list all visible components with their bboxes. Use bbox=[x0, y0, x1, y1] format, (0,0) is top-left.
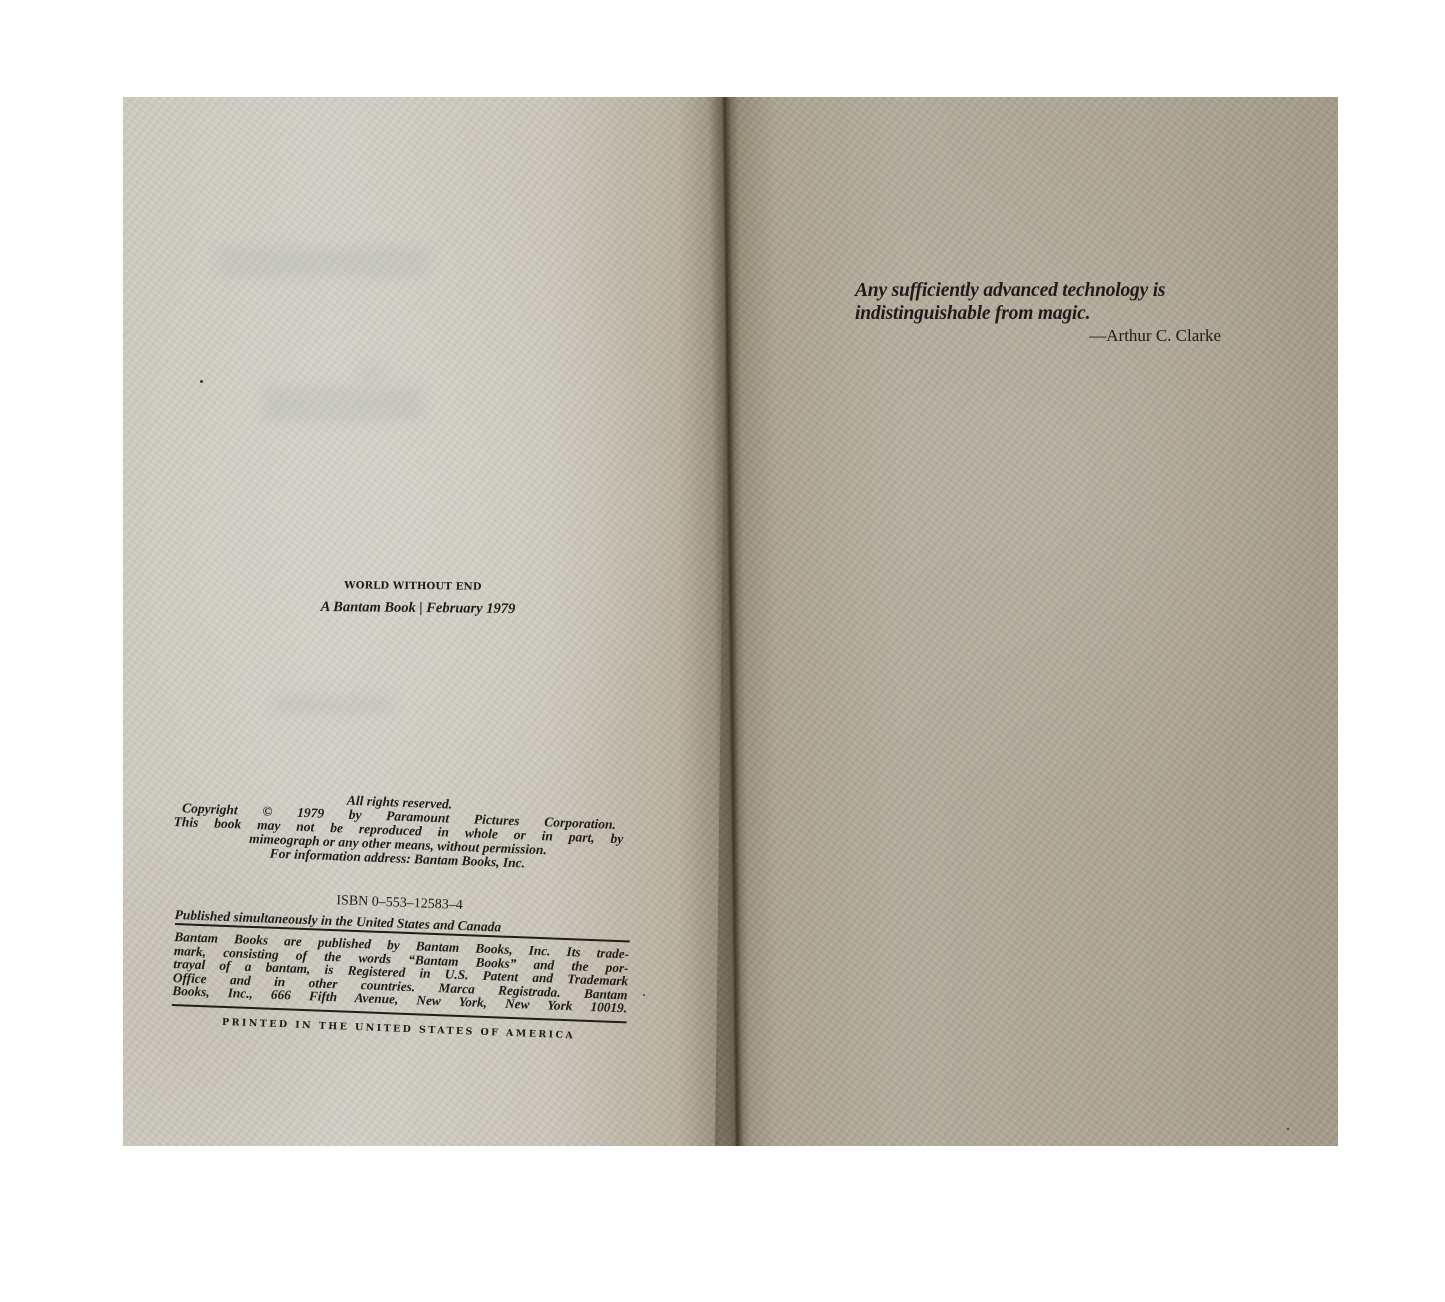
paper-speck bbox=[1287, 1128, 1289, 1130]
epigraph-line: indistinguishable from magic. bbox=[855, 302, 1225, 325]
book-photo: WORLD WITHOUT END A Bantam Book | Februa… bbox=[123, 97, 1338, 1146]
epigraph-line: Any sufficiently advanced technology is bbox=[855, 279, 1225, 302]
trademark-notice: Bantam Books are published by Bantam Boo… bbox=[171, 923, 630, 1043]
paper-grain bbox=[715, 97, 1338, 1146]
rights-notice: All rights reserved. Copyright © 1979 by… bbox=[172, 787, 624, 874]
paper-speck bbox=[643, 994, 645, 996]
book-title: WORLD WITHOUT END bbox=[313, 580, 513, 593]
epigraph: Any sufficiently advanced technology is … bbox=[855, 279, 1225, 346]
paper-speck bbox=[856, 312, 858, 314]
epigraph-text: Any sufficiently advanced technology is … bbox=[855, 279, 1225, 325]
epigraph-attribution: —Arthur C. Clarke bbox=[855, 326, 1225, 346]
edition-line: A Bantam Book | February 1979 bbox=[293, 599, 543, 619]
paper-speck bbox=[200, 380, 203, 383]
copyright-page-text: WORLD WITHOUT END A Bantam Book | Februa… bbox=[123, 97, 728, 1146]
right-page bbox=[715, 97, 1338, 1146]
